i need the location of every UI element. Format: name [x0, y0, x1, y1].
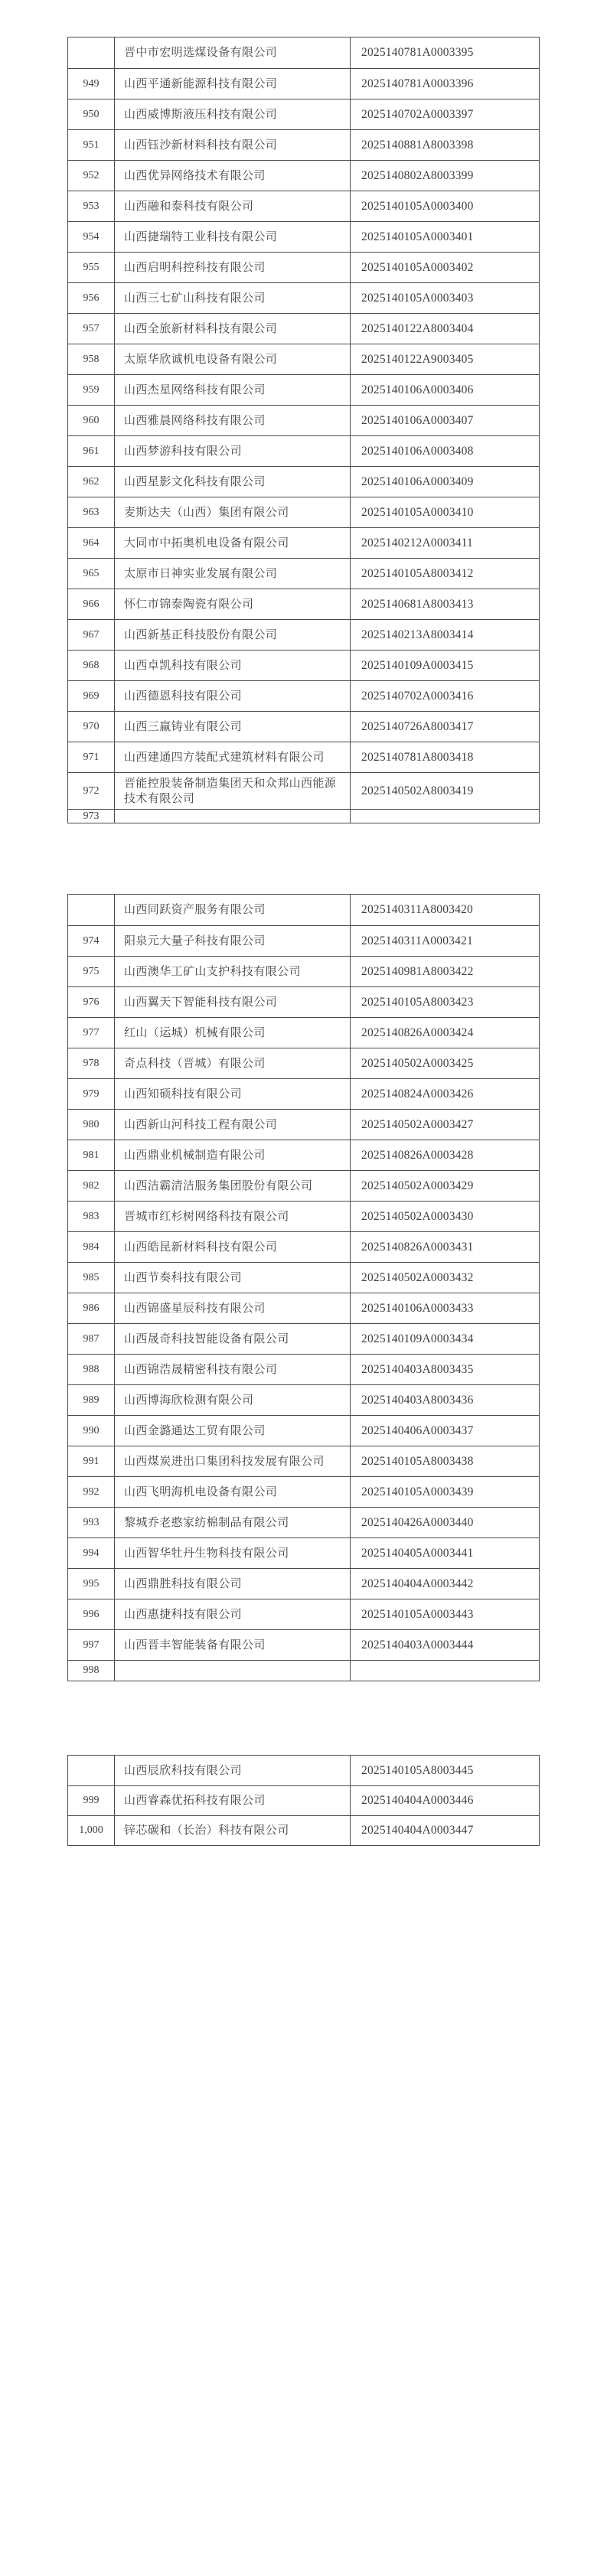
company-name-cell: 山西全旅新材料科技有限公司 [114, 314, 350, 344]
row-number-cell-text: 972 [83, 785, 100, 797]
row-number-cell-text: 976 [83, 996, 100, 1009]
registration-code-cell: 2025140406A0003437 [350, 1416, 539, 1446]
company-name-cell-text: 山西新基正科技股份有限公司 [124, 628, 277, 643]
row-number-cell-text: 974 [83, 935, 100, 947]
company-name-cell-text: 红山（运城）机械有限公司 [124, 1026, 266, 1041]
registration-code-cell-text: 2025140106A0003407 [361, 414, 474, 428]
row-number-cell: 960 [68, 406, 114, 435]
registration-code-cell-text: 2025140403A0003444 [361, 1639, 474, 1652]
registration-code-cell-text: 2025140105A0003401 [361, 230, 474, 244]
company-name-cell [114, 1661, 350, 1681]
table-row: 山西辰欣科技有限公司2025140105A8003445 [68, 1756, 539, 1785]
company-name-cell: 山西睿森优拓科技有限公司 [114, 1786, 350, 1815]
row-number-cell-text: 956 [83, 292, 100, 305]
registration-code-cell-text: 2025140311A8003420 [361, 903, 473, 917]
row-number-cell-text: 980 [83, 1119, 100, 1131]
table-row: 975山西澳华工矿山支护科技有限公司2025140981A8003422 [68, 956, 539, 986]
row-number-cell: 991 [68, 1446, 114, 1476]
row-number-cell: 988 [68, 1355, 114, 1384]
registration-code-cell-text: 2025140105A8003438 [361, 1455, 474, 1469]
table-row: 953山西融和泰科技有限公司2025140105A0003400 [68, 191, 539, 221]
row-number-cell: 949 [68, 69, 114, 99]
row-number-cell: 962 [68, 467, 114, 497]
registration-code-cell-text: 2025140802A8003399 [361, 169, 474, 183]
row-number-cell: 980 [68, 1110, 114, 1140]
table-row: 晋中市宏明选煤设备有限公司2025140781A0003395 [68, 37, 539, 68]
registration-code-cell: 2025140702A0003397 [350, 99, 539, 129]
row-number-cell-text: 969 [83, 690, 100, 703]
row-number-cell: 951 [68, 130, 114, 160]
company-name-cell-text: 山西钰沙新材料科技有限公司 [124, 138, 277, 153]
row-number-cell-text: 985 [83, 1272, 100, 1284]
row-number-cell: 968 [68, 651, 114, 680]
company-name-cell: 阳泉元大量子科技有限公司 [114, 926, 350, 956]
company-name-cell: 山西澳华工矿山支护科技有限公司 [114, 957, 350, 986]
table-row: 965太原市日神实业发展有限公司2025140105A8003412 [68, 558, 539, 589]
row-number-cell: 959 [68, 375, 114, 405]
registration-code-cell: 2025140106A0003406 [350, 375, 539, 405]
registration-code-cell: 2025140826A0003428 [350, 1140, 539, 1170]
company-name-cell-text: 山西锦盛星辰科技有限公司 [124, 1301, 266, 1316]
registration-code-cell: 2025140105A0003400 [350, 191, 539, 221]
row-number-cell-text: 954 [83, 231, 100, 243]
table-row: 987山西晟奇科技智能设备有限公司2025140109A0003434 [68, 1323, 539, 1354]
company-name-cell-text: 山西鼎业机械制造有限公司 [124, 1148, 266, 1163]
company-name-cell-text: 山西全旅新材料科技有限公司 [124, 321, 277, 337]
row-number-cell-text: 995 [83, 1578, 100, 1590]
row-number-cell-text: 981 [83, 1149, 100, 1162]
company-name-cell-text: 山西金潞通达工贸有限公司 [124, 1423, 266, 1439]
row-number-cell-text: 967 [83, 629, 100, 641]
table-row: 990山西金潞通达工贸有限公司2025140406A0003437 [68, 1415, 539, 1446]
table-row: 973 [68, 809, 539, 823]
registration-code-cell: 2025140403A8003436 [350, 1385, 539, 1415]
table-row: 972晋能控股装备制造集团天和众邦山西能源技术有限公司2025140502A80… [68, 772, 539, 809]
company-name-cell: 山西皓昆新材料科技有限公司 [114, 1232, 350, 1262]
company-name-cell-text: 山西博海欣检测有限公司 [124, 1393, 253, 1408]
company-name-cell: 黎城乔老憨家纺棉制品有限公司 [114, 1508, 350, 1537]
table-row: 976山西翼天下智能科技有限公司2025140105A8003423 [68, 986, 539, 1017]
registration-code-cell-text: 2025140106A0003409 [361, 475, 474, 489]
row-number-cell-text: 964 [83, 537, 100, 549]
company-name-cell-text: 山西三七矿山科技有限公司 [124, 291, 266, 306]
table-row: 992山西飞明海机电设备有限公司2025140105A0003439 [68, 1476, 539, 1507]
row-number-cell: 987 [68, 1324, 114, 1354]
row-number-cell: 955 [68, 253, 114, 282]
registration-code-cell: 2025140702A0003416 [350, 681, 539, 711]
row-number-cell: 977 [68, 1018, 114, 1048]
company-name-cell: 山西博海欣检测有限公司 [114, 1385, 350, 1415]
registration-code-cell: 2025140502A0003432 [350, 1263, 539, 1293]
registration-code-cell-text: 2025140106A0003408 [361, 445, 474, 458]
table-row: 993黎城乔老憨家纺棉制品有限公司2025140426A0003440 [68, 1507, 539, 1537]
registration-code-cell-text: 2025140981A8003422 [361, 965, 474, 979]
table-row: 960山西雅晨网络科技有限公司2025140106A0003407 [68, 405, 539, 435]
table-row: 971山西建通四方装配式建筑材料有限公司2025140781A8003418 [68, 742, 539, 772]
company-name-cell-text: 奇点科技（晋城）有限公司 [124, 1056, 266, 1071]
row-number-cell: 986 [68, 1293, 114, 1323]
table-row: 996山西惠捷科技有限公司2025140105A0003443 [68, 1599, 539, 1629]
row-number-cell-text: 963 [83, 507, 100, 519]
company-name-cell-text: 山西晋丰智能装备有限公司 [124, 1638, 266, 1653]
registration-code-cell: 2025140426A0003440 [350, 1508, 539, 1537]
company-name-cell-text: 山西同跃资产服务有限公司 [124, 902, 266, 918]
table-row: 977红山（运城）机械有限公司2025140826A0003424 [68, 1017, 539, 1048]
registration-code-cell-text: 2025140212A0003411 [361, 536, 473, 550]
row-number-cell: 983 [68, 1202, 114, 1231]
company-name-cell-text: 怀仁市锦泰陶瓷有限公司 [124, 597, 253, 612]
registration-code-cell-text: 2025140106A0003433 [361, 1302, 474, 1316]
company-name-cell-text: 晋城市红杉树网络科技有限公司 [124, 1209, 289, 1224]
company-name-cell: 山西翼天下智能科技有限公司 [114, 987, 350, 1017]
company-name-cell-text: 黎城乔老憨家纺棉制品有限公司 [124, 1515, 289, 1531]
registration-code-cell: 2025140109A0003415 [350, 651, 539, 680]
registration-code-cell-text: 2025140105A0003403 [361, 292, 474, 305]
registration-code-cell: 2025140502A8003419 [350, 773, 539, 809]
registration-code-cell: 2025140726A8003417 [350, 712, 539, 742]
company-name-cell: 山西鼎业机械制造有限公司 [114, 1140, 350, 1170]
company-name-cell-text: 晋中市宏明选煤设备有限公司 [124, 45, 277, 60]
row-number-cell-text: 953 [83, 201, 100, 213]
company-name-cell: 山西同跃资产服务有限公司 [114, 895, 350, 925]
row-number-cell: 993 [68, 1508, 114, 1537]
registration-code-cell: 2025140404A0003442 [350, 1569, 539, 1599]
company-name-cell: 山西启明科控科技有限公司 [114, 253, 350, 282]
registration-code-cell-text: 2025140122A9003405 [361, 353, 474, 367]
registration-code-cell: 2025140105A0003403 [350, 283, 539, 313]
registration-code-cell-text: 2025140502A0003429 [361, 1179, 474, 1193]
company-name-cell-text: 山西卓凯科技有限公司 [124, 658, 242, 673]
company-name-cell: 山西融和泰科技有限公司 [114, 191, 350, 221]
row-number-cell: 964 [68, 528, 114, 558]
company-name-cell-text: 山西翼天下智能科技有限公司 [124, 995, 277, 1010]
registration-code-cell: 2025140106A0003433 [350, 1293, 539, 1323]
company-name-cell: 晋能控股装备制造集团天和众邦山西能源技术有限公司 [114, 773, 350, 809]
company-name-cell-text: 山西启明科控科技有限公司 [124, 260, 266, 276]
company-name-cell: 山西晋丰智能装备有限公司 [114, 1630, 350, 1660]
row-number-cell-text: 965 [83, 568, 100, 580]
row-number-cell-text: 992 [83, 1486, 100, 1498]
registration-code-cell: 2025140681A8003413 [350, 589, 539, 619]
row-number-cell: 984 [68, 1232, 114, 1262]
registration-code-cell [350, 810, 539, 823]
row-number-cell: 992 [68, 1477, 114, 1507]
registration-code-cell: 2025140881A8003398 [350, 130, 539, 160]
registration-code-cell: 2025140403A8003435 [350, 1355, 539, 1384]
registration-code-cell-text: 2025140502A0003425 [361, 1057, 474, 1071]
registration-code-cell: 2025140213A8003414 [350, 620, 539, 650]
row-number-cell-text: 949 [83, 78, 100, 90]
registration-code-cell-text: 2025140826A0003431 [361, 1241, 474, 1254]
table-row: 970山西三赢铸业有限公司2025140726A8003417 [68, 711, 539, 742]
row-number-cell: 950 [68, 99, 114, 129]
registration-code-cell-text: 2025140881A8003398 [361, 139, 474, 152]
row-number-cell: 970 [68, 712, 114, 742]
row-number-cell-text: 970 [83, 721, 100, 733]
row-number-cell: 953 [68, 191, 114, 221]
registration-code-cell-text: 2025140826A0003424 [361, 1026, 474, 1040]
registration-code-cell-text: 2025140109A0003434 [361, 1332, 474, 1346]
registration-code-cell-text: 2025140681A8003413 [361, 598, 474, 611]
row-number-cell-text: 955 [83, 262, 100, 274]
row-number-cell: 978 [68, 1048, 114, 1078]
registration-code-cell: 2025140802A8003399 [350, 161, 539, 191]
registration-code-cell-text: 2025140824A0003426 [361, 1087, 474, 1101]
company-name-cell [114, 810, 350, 823]
registration-code-cell-text: 2025140105A0003402 [361, 261, 474, 275]
row-number-cell: 961 [68, 436, 114, 466]
company-name-cell-text: 太原市日神实业发展有限公司 [124, 566, 277, 582]
row-number-cell-text: 988 [83, 1364, 100, 1376]
row-number-cell-text: 983 [83, 1211, 100, 1223]
company-name-cell-text: 山西惠捷科技有限公司 [124, 1607, 242, 1622]
table-row: 982山西洁霸清洁服务集团股份有限公司2025140502A0003429 [68, 1170, 539, 1201]
registration-code-cell: 2025140311A8003420 [350, 895, 539, 925]
company-name-cell-text: 山西飞明海机电设备有限公司 [124, 1485, 277, 1500]
table-row: 981山西鼎业机械制造有限公司2025140826A0003428 [68, 1140, 539, 1170]
company-name-cell: 山西锦盛星辰科技有限公司 [114, 1293, 350, 1323]
row-number-cell: 957 [68, 314, 114, 344]
table-row: 994山西智华牡丹生物科技有限公司2025140405A0003441 [68, 1537, 539, 1568]
registration-code-cell-text: 2025140702A0003397 [361, 108, 474, 122]
company-name-cell: 山西三七矿山科技有限公司 [114, 283, 350, 313]
company-name-cell: 山西辰欣科技有限公司 [114, 1756, 350, 1785]
row-number-cell-text: 991 [83, 1456, 100, 1468]
row-number-cell-text: 982 [83, 1180, 100, 1192]
registration-code-cell: 2025140781A8003418 [350, 742, 539, 772]
company-name-cell: 晋中市宏明选煤设备有限公司 [114, 37, 350, 68]
registration-code-cell: 2025140403A0003444 [350, 1630, 539, 1660]
table-row: 968山西卓凯科技有限公司2025140109A0003415 [68, 650, 539, 680]
row-number-cell-text: 999 [83, 1795, 100, 1807]
row-number-cell: 972 [68, 773, 114, 809]
table-row: 979山西知硕科技有限公司2025140824A0003426 [68, 1078, 539, 1109]
registration-code-cell: 2025140981A8003422 [350, 957, 539, 986]
row-number-cell-text: 984 [83, 1241, 100, 1254]
registration-code-cell-text: 2025140502A8003419 [361, 784, 474, 798]
row-number-cell-text: 979 [83, 1088, 100, 1101]
registration-code-cell-text: 2025140105A8003445 [361, 1764, 474, 1778]
company-name-cell: 山西智华牡丹生物科技有限公司 [114, 1538, 350, 1568]
registration-code-cell-text: 2025140781A8003418 [361, 751, 474, 765]
row-number-cell: 994 [68, 1538, 114, 1568]
registration-code-cell-text: 2025140502A0003430 [361, 1210, 474, 1224]
row-number-cell-text: 960 [83, 415, 100, 427]
row-number-cell: 989 [68, 1385, 114, 1415]
company-name-cell-text: 山西鼎胜科技有限公司 [124, 1577, 242, 1592]
row-number-cell: 997 [68, 1630, 114, 1660]
registration-code-cell: 2025140502A0003430 [350, 1202, 539, 1231]
company-name-cell-text: 山西煤炭进出口集团科技发展有限公司 [124, 1454, 325, 1469]
registration-code-cell: 2025140105A0003439 [350, 1477, 539, 1507]
row-number-cell: 981 [68, 1140, 114, 1170]
company-name-cell: 大同市中拓奥机电设备有限公司 [114, 528, 350, 558]
company-name-cell-text: 山西杰星网络科技有限公司 [124, 383, 266, 398]
row-number-cell-text: 977 [83, 1027, 100, 1039]
company-name-cell: 山西捷瑞特工业科技有限公司 [114, 222, 350, 252]
company-name-cell: 山西锦浩晟精密科技有限公司 [114, 1355, 350, 1384]
row-number-cell: 958 [68, 344, 114, 374]
table-row: 988山西锦浩晟精密科技有限公司2025140403A8003435 [68, 1354, 539, 1384]
company-name-cell: 山西德恩科技有限公司 [114, 681, 350, 711]
table-row: 950山西威博斯液压科技有限公司2025140702A0003397 [68, 99, 539, 129]
company-name-cell-text: 山西洁霸清洁服务集团股份有限公司 [124, 1179, 312, 1194]
company-name-cell: 山西雅晨网络科技有限公司 [114, 406, 350, 435]
registration-code-cell-text: 2025140213A8003414 [361, 628, 474, 642]
company-name-cell: 山西威博斯液压科技有限公司 [114, 99, 350, 129]
row-number-cell-text: 968 [83, 660, 100, 672]
company-name-cell: 山西杰星网络科技有限公司 [114, 375, 350, 405]
table-row: 961山西梦游科技有限公司2025140106A0003408 [68, 435, 539, 466]
company-name-cell-text: 山西皓昆新材料科技有限公司 [124, 1240, 277, 1255]
row-number-cell-text: 962 [83, 476, 100, 488]
registration-code-cell: 2025140502A0003427 [350, 1110, 539, 1140]
company-name-cell: 麦斯达夫（山西）集团有限公司 [114, 497, 350, 527]
company-name-cell: 山西新基正科技股份有限公司 [114, 620, 350, 650]
company-name-cell: 太原市日神实业发展有限公司 [114, 559, 350, 589]
row-number-cell-text: 997 [83, 1639, 100, 1652]
company-name-cell-text: 山西节奏科技有限公司 [124, 1270, 242, 1286]
registration-code-cell: 2025140826A0003424 [350, 1018, 539, 1048]
registration-code-cell-text: 2025140105A0003439 [361, 1485, 474, 1499]
registration-code-cell: 2025140105A8003423 [350, 987, 539, 1017]
table-row: 974阳泉元大量子科技有限公司2025140311A0003421 [68, 925, 539, 956]
table-row: 959山西杰星网络科技有限公司2025140106A0003406 [68, 374, 539, 405]
company-name-cell-text: 晋能控股装备制造集团天和众邦山西能源技术有限公司 [124, 776, 344, 807]
company-name-cell-text: 山西雅晨网络科技有限公司 [124, 413, 266, 429]
table-row: 958太原华欣诚机电设备有限公司2025140122A9003405 [68, 344, 539, 374]
table-row: 952山西优异网络技术有限公司2025140802A8003399 [68, 160, 539, 191]
table-row: 983晋城市红杉树网络科技有限公司2025140502A0003430 [68, 1201, 539, 1231]
table-row: 984山西皓昆新材料科技有限公司2025140826A0003431 [68, 1231, 539, 1262]
row-number-cell: 969 [68, 681, 114, 711]
row-number-cell: 952 [68, 161, 114, 191]
registration-code-cell-text: 2025140403A8003436 [361, 1394, 474, 1407]
row-number-cell [68, 1756, 114, 1785]
table-row: 966怀仁市锦泰陶瓷有限公司2025140681A8003413 [68, 589, 539, 619]
registration-code-cell-text: 2025140122A8003404 [361, 322, 474, 336]
company-name-cell-text: 麦斯达夫（山西）集团有限公司 [124, 505, 289, 520]
company-name-cell: 山西梦游科技有限公司 [114, 436, 350, 466]
company-name-cell: 山西洁霸清洁服务集团股份有限公司 [114, 1171, 350, 1201]
registration-code-cell-text: 2025140311A0003421 [361, 934, 473, 948]
registration-code-cell: 2025140781A0003395 [350, 37, 539, 68]
row-number-cell: 975 [68, 957, 114, 986]
company-name-cell-text: 山西优异网络技术有限公司 [124, 168, 266, 184]
company-name-cell-text: 山西知硕科技有限公司 [124, 1087, 242, 1102]
company-name-cell-text: 山西锦浩晟精密科技有限公司 [124, 1362, 277, 1378]
registration-code-cell-text: 2025140502A0003432 [361, 1271, 474, 1285]
table-row: 956山西三七矿山科技有限公司2025140105A0003403 [68, 282, 539, 313]
registration-code-cell: 2025140405A0003441 [350, 1538, 539, 1568]
company-name-cell: 太原华欣诚机电设备有限公司 [114, 344, 350, 374]
row-number-cell-text: 998 [83, 1665, 100, 1677]
table-row: 980山西新山河科技工程有限公司2025140502A0003427 [68, 1109, 539, 1140]
row-number-cell [68, 37, 114, 68]
company-name-cell-text: 山西睿森优拓科技有限公司 [124, 1793, 266, 1808]
company-name-cell: 锌芯碳和（长治）科技有限公司 [114, 1816, 350, 1845]
registration-code-cell-text: 2025140502A0003427 [361, 1118, 474, 1132]
company-name-cell: 山西金潞通达工贸有限公司 [114, 1416, 350, 1446]
company-name-cell: 山西平通新能源科技有限公司 [114, 69, 350, 99]
company-name-cell-text: 山西辰欣科技有限公司 [124, 1763, 242, 1779]
company-name-cell: 山西煤炭进出口集团科技发展有限公司 [114, 1446, 350, 1476]
company-name-cell-text: 山西建通四方装配式建筑材料有限公司 [124, 750, 325, 765]
company-name-cell: 山西知硕科技有限公司 [114, 1079, 350, 1109]
registration-code-cell: 2025140105A0003401 [350, 222, 539, 252]
registration-code-cell: 2025140106A0003407 [350, 406, 539, 435]
row-number-cell: 967 [68, 620, 114, 650]
company-name-cell-text: 山西捷瑞特工业科技有限公司 [124, 230, 277, 245]
company-name-cell-text: 山西德恩科技有限公司 [124, 689, 242, 704]
registration-code-cell-text: 2025140105A8003412 [361, 567, 474, 581]
registration-code-cell: 2025140824A0003426 [350, 1079, 539, 1109]
company-name-cell: 山西钰沙新材料科技有限公司 [114, 130, 350, 160]
row-number-cell-text: 973 [83, 810, 100, 823]
company-name-cell-text: 大同市中拓奥机电设备有限公司 [124, 536, 289, 551]
row-number-cell: 995 [68, 1569, 114, 1599]
company-name-cell: 怀仁市锦泰陶瓷有限公司 [114, 589, 350, 619]
table-row: 985山西节奏科技有限公司2025140502A0003432 [68, 1262, 539, 1293]
row-number-cell-text: 957 [83, 323, 100, 335]
row-number-cell-text: 994 [83, 1547, 100, 1560]
registration-code-cell: 2025140106A0003409 [350, 467, 539, 497]
row-number-cell-text: 996 [83, 1609, 100, 1621]
registration-code-cell: 2025140404A0003446 [350, 1786, 539, 1815]
registration-code-cell: 2025140404A0003447 [350, 1816, 539, 1845]
registration-code-cell-text: 2025140105A8003423 [361, 996, 474, 1009]
company-name-cell-text: 阳泉元大量子科技有限公司 [124, 934, 266, 949]
row-number-cell-text: 986 [83, 1303, 100, 1315]
registration-code-cell: 2025140105A0003402 [350, 253, 539, 282]
company-name-cell-text: 太原华欣诚机电设备有限公司 [124, 352, 277, 367]
registration-code-cell-text: 2025140826A0003428 [361, 1149, 474, 1162]
registration-code-cell: 2025140109A0003434 [350, 1324, 539, 1354]
company-name-cell-text: 锌芯碳和（长治）科技有限公司 [124, 1823, 289, 1838]
company-name-cell: 山西惠捷科技有限公司 [114, 1599, 350, 1629]
registration-code-cell-text: 2025140404A0003447 [361, 1824, 474, 1837]
company-name-cell: 山西建通四方装配式建筑材料有限公司 [114, 742, 350, 772]
registration-code-cell-text: 2025140404A0003442 [361, 1577, 474, 1591]
row-number-cell: 979 [68, 1079, 114, 1109]
registration-code-cell: 2025140502A0003429 [350, 1171, 539, 1201]
registration-code-cell-text: 2025140781A0003395 [361, 46, 474, 60]
company-name-cell: 山西飞明海机电设备有限公司 [114, 1477, 350, 1507]
row-number-cell-text: 966 [83, 598, 100, 611]
registration-code-cell-text: 2025140106A0003406 [361, 383, 474, 397]
registration-code-cell: 2025140311A0003421 [350, 926, 539, 956]
registration-code-cell-text: 2025140426A0003440 [361, 1516, 474, 1530]
registration-code-cell-text: 2025140726A8003417 [361, 720, 474, 734]
registration-code-cell-text: 2025140702A0003416 [361, 690, 474, 703]
registration-code-cell: 2025140105A8003412 [350, 559, 539, 589]
row-number-cell: 1,000 [68, 1816, 114, 1845]
table-row: 995山西鼎胜科技有限公司2025140404A0003442 [68, 1568, 539, 1599]
row-number-cell: 956 [68, 283, 114, 313]
table-row: 1,000锌芯碳和（长治）科技有限公司2025140404A0003447 [68, 1815, 539, 1845]
company-name-cell: 山西节奏科技有限公司 [114, 1263, 350, 1293]
company-name-cell-text: 山西梦游科技有限公司 [124, 444, 242, 459]
registration-code-cell: 2025140502A0003425 [350, 1048, 539, 1078]
row-number-cell: 985 [68, 1263, 114, 1293]
table-row: 962山西星影文化科技有限公司2025140106A0003409 [68, 466, 539, 497]
company-name-cell-text: 山西星影文化科技有限公司 [124, 474, 266, 490]
row-number-cell-text: 971 [83, 752, 100, 764]
table-row: 997山西晋丰智能装备有限公司2025140403A0003444 [68, 1629, 539, 1660]
registration-code-cell-text: 2025140105A0003443 [361, 1608, 474, 1622]
table-row: 山西同跃资产服务有限公司2025140311A8003420 [68, 895, 539, 925]
registration-code-cell: 2025140106A0003408 [350, 436, 539, 466]
